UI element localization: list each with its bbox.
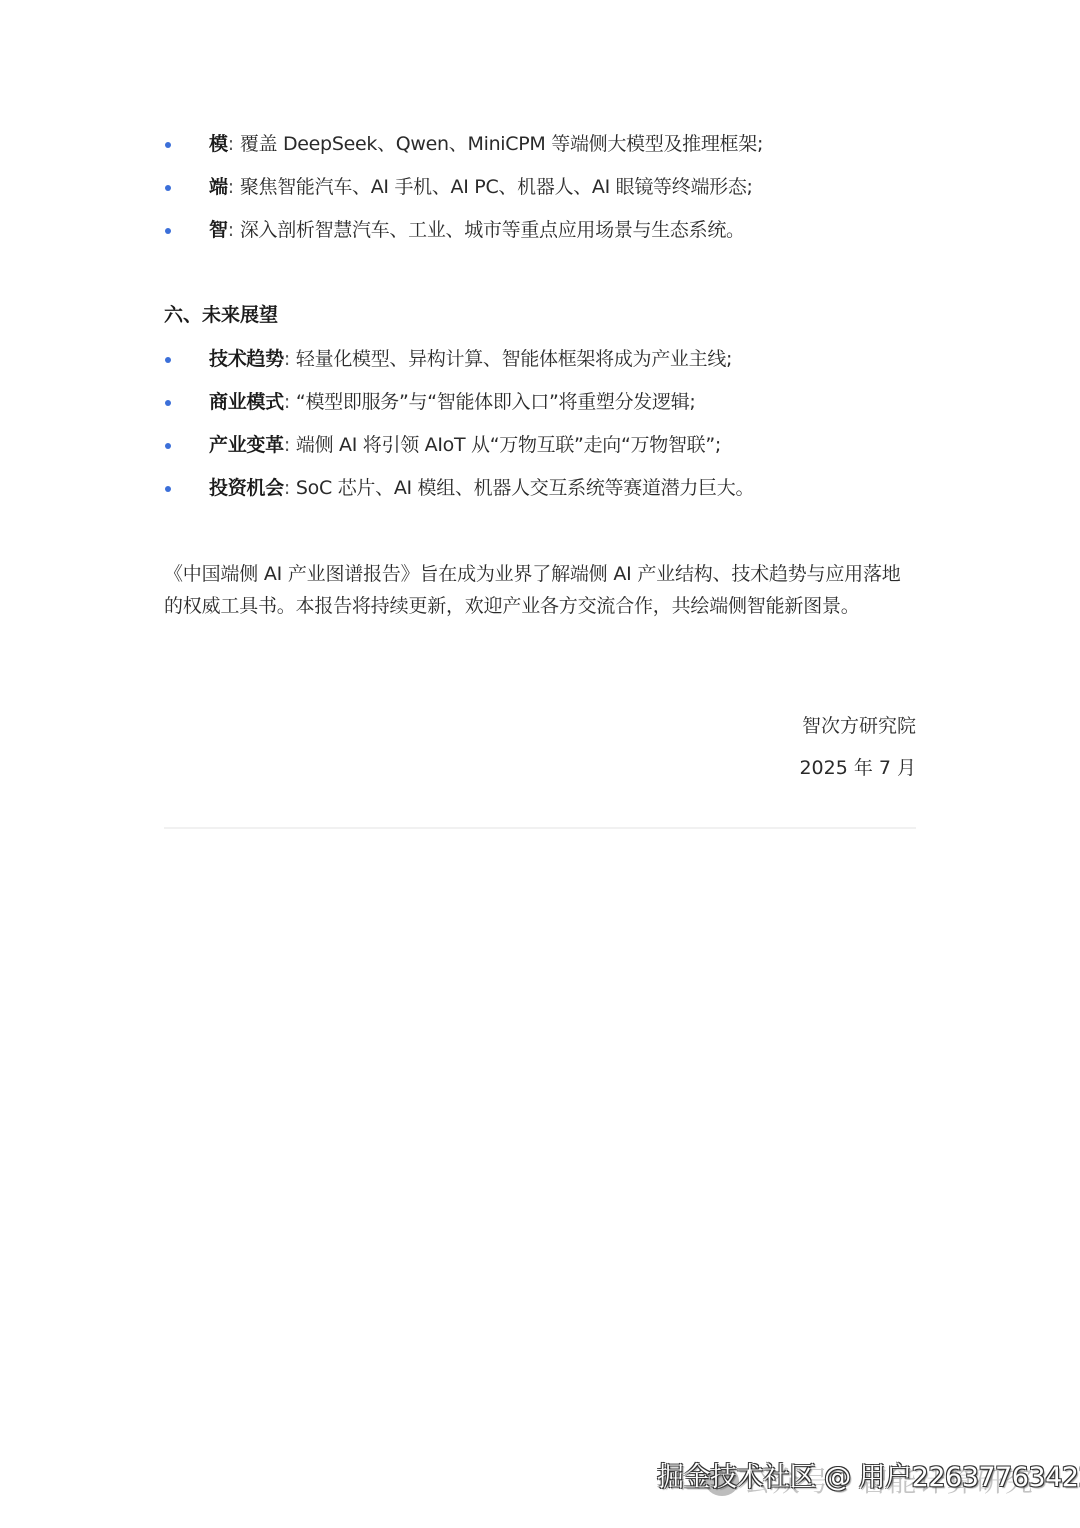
item-label: 模	[209, 133, 228, 155]
bullet-icon	[165, 185, 171, 191]
watermark-juejin: 掘金技术社区 @ 用户22637763422	[657, 1458, 1080, 1498]
item-text: 深入剖析智慧汽车、工业、城市等重点应用场景与生态系统。	[240, 219, 745, 241]
bullet-icon	[165, 486, 171, 492]
item-text: 覆盖 DeepSeek、Qwen、MiniCPM 等端侧大模型及推理框架;	[240, 133, 763, 155]
list-item: 端:聚焦智能汽车、AI 手机、AI PC、机器人、AI 眼镜等终端形态;	[164, 166, 763, 209]
bullet-icon	[165, 400, 171, 406]
item-text: SoC 芯片、AI 模组、机器人交互系统等赛道潜力巨大。	[296, 477, 754, 499]
coverage-list: 模:覆盖 DeepSeek、Qwen、MiniCPM 等端侧大模型及推理框架; …	[164, 123, 763, 252]
list-item: 智:深入剖析智慧汽车、工业、城市等重点应用场景与生态系统。	[164, 209, 763, 252]
signature-org: 智次方研究院	[799, 705, 916, 747]
item-label: 智	[209, 219, 228, 241]
list-item: 技术趋势:轻量化模型、异构计算、智能体框架将成为产业主线;	[164, 338, 754, 381]
item-label: 技术趋势	[209, 348, 284, 370]
bullet-icon	[165, 228, 171, 234]
item-separator: :	[284, 434, 290, 456]
item-separator: :	[228, 176, 234, 198]
summary-paragraph: 《中国端侧 AI 产业图谱报告》旨在成为业界了解端侧 AI 产业结构、技术趋势与…	[164, 558, 918, 622]
list-item: 商业模式:“模型即服务”与“智能体即入口”将重塑分发逻辑;	[164, 381, 754, 424]
outlook-list: 技术趋势:轻量化模型、异构计算、智能体框架将成为产业主线; 商业模式:“模型即服…	[164, 338, 754, 510]
item-label: 商业模式	[209, 391, 284, 413]
item-label: 投资机会	[209, 477, 284, 499]
item-text: 轻量化模型、异构计算、智能体框架将成为产业主线;	[296, 348, 732, 370]
item-label: 端	[209, 176, 228, 198]
item-separator: :	[228, 219, 234, 241]
item-text: 聚焦智能汽车、AI 手机、AI PC、机器人、AI 眼镜等终端形态;	[240, 176, 753, 198]
list-item: 模:覆盖 DeepSeek、Qwen、MiniCPM 等端侧大模型及推理框架;	[164, 123, 763, 166]
list-item: 投资机会:SoC 芯片、AI 模组、机器人交互系统等赛道潜力巨大。	[164, 467, 754, 510]
signature-block: 智次方研究院 2025 年 7 月	[799, 705, 916, 789]
signature-date: 2025 年 7 月	[799, 747, 916, 789]
divider	[164, 827, 916, 829]
item-separator: :	[228, 133, 234, 155]
bullet-icon	[165, 443, 171, 449]
item-text: “模型即服务”与“智能体即入口”将重塑分发逻辑;	[296, 391, 696, 413]
item-separator: :	[284, 391, 290, 413]
item-separator: :	[284, 348, 290, 370]
item-separator: :	[284, 477, 290, 499]
item-label: 产业变革	[209, 434, 284, 456]
bullet-icon	[165, 142, 171, 148]
section-title: 六、未来展望	[164, 297, 278, 333]
list-item: 产业变革:端侧 AI 将引领 AIoT 从“万物互联”走向“万物智联”;	[164, 424, 754, 467]
item-text: 端侧 AI 将引领 AIoT 从“万物互联”走向“万物智联”;	[296, 434, 721, 456]
bullet-icon	[165, 357, 171, 363]
